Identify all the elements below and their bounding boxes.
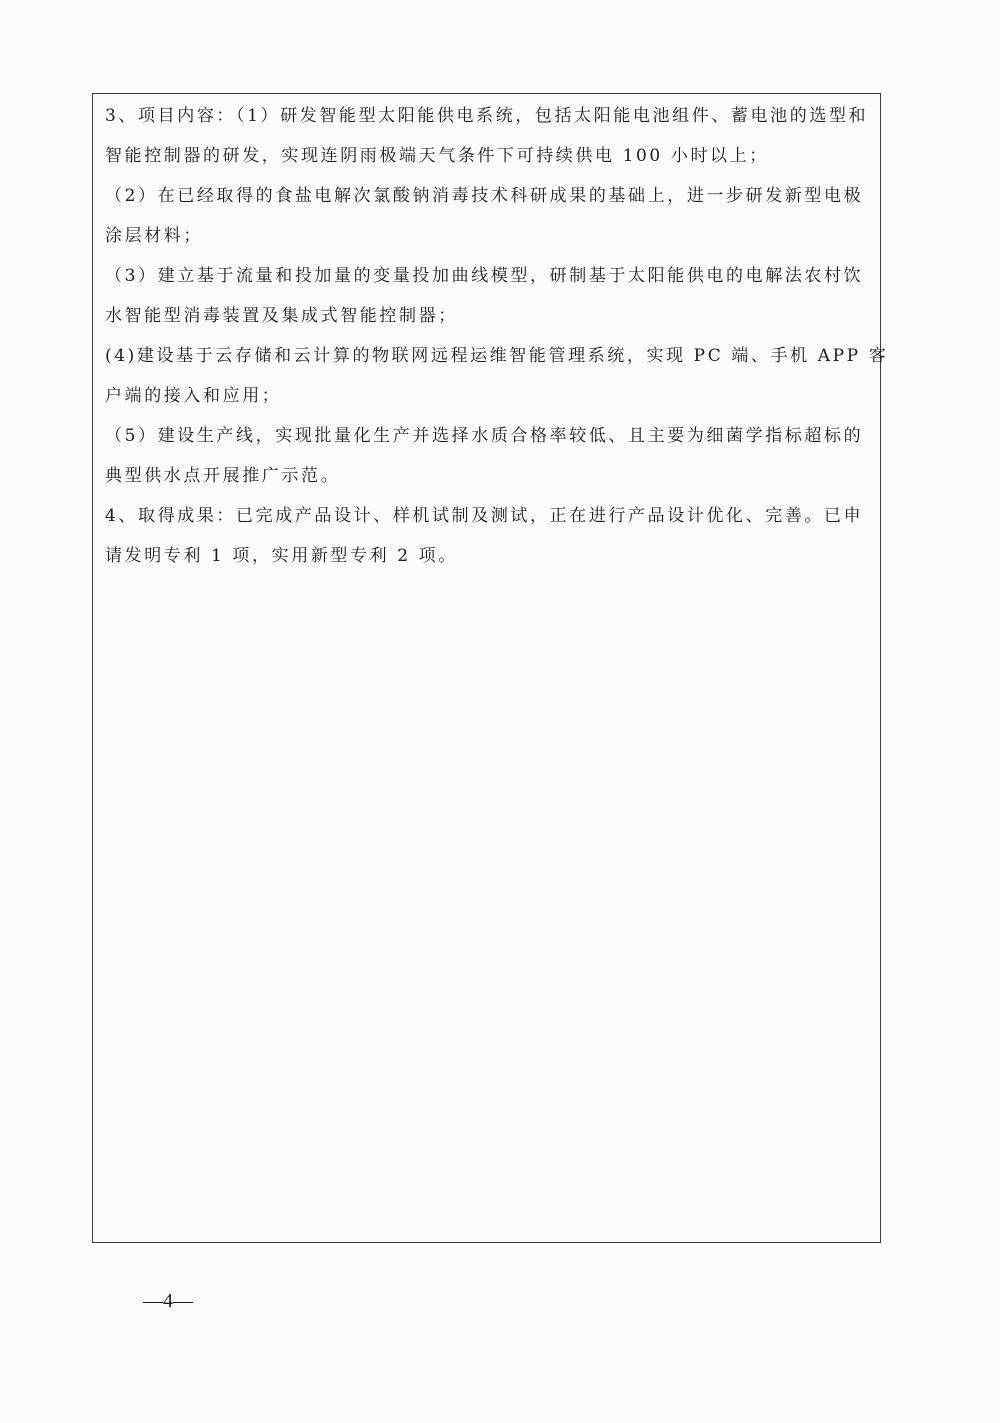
text-line: 典型供水点开展推广示范。 <box>105 466 340 486</box>
text-line: 智能控制器的研发，实现连阴雨极端天气条件下可持续供电 100 小时以上； <box>105 146 769 166</box>
text-line: 3、项目内容：（1）研发智能型太阳能供电系统，包括太阳能电池组件、蓄电池的选型和 <box>105 106 868 126</box>
text-line: （3）建立基于流量和投加量的变量投加曲线模型，研制基于太阳能供电的电解法农村饮 <box>105 266 863 286</box>
text-line: 涂层材料； <box>105 226 203 246</box>
text-line: (4)建设基于云存储和云计算的物联网远程运维智能管理系统，实现 PC 端、手机 … <box>105 346 888 366</box>
text-line: 请发明专利 1 项，实用新型专利 2 项。 <box>105 546 458 566</box>
text-line: （5）建设生产线，实现批量化生产并选择水质合格率较低、且主要为细菌学指标超标的 <box>105 426 863 446</box>
text-line: 4、取得成果：已完成产品设计、样机试制及测试，正在进行产品设计优化、完善。已申 <box>105 506 863 526</box>
page-number: —4— <box>143 1290 193 1313</box>
content-table-cell: 3、项目内容：（1）研发智能型太阳能供电系统，包括太阳能电池组件、蓄电池的选型和… <box>92 93 881 1243</box>
text-line: 水智能型消毒装置及集成式智能控制器； <box>105 306 458 326</box>
text-line: （2）在已经取得的食盐电解次氯酸钠消毒技术科研成果的基础上，进一步研发新型电极 <box>105 186 863 206</box>
text-line: 户端的接入和应用； <box>105 386 281 406</box>
